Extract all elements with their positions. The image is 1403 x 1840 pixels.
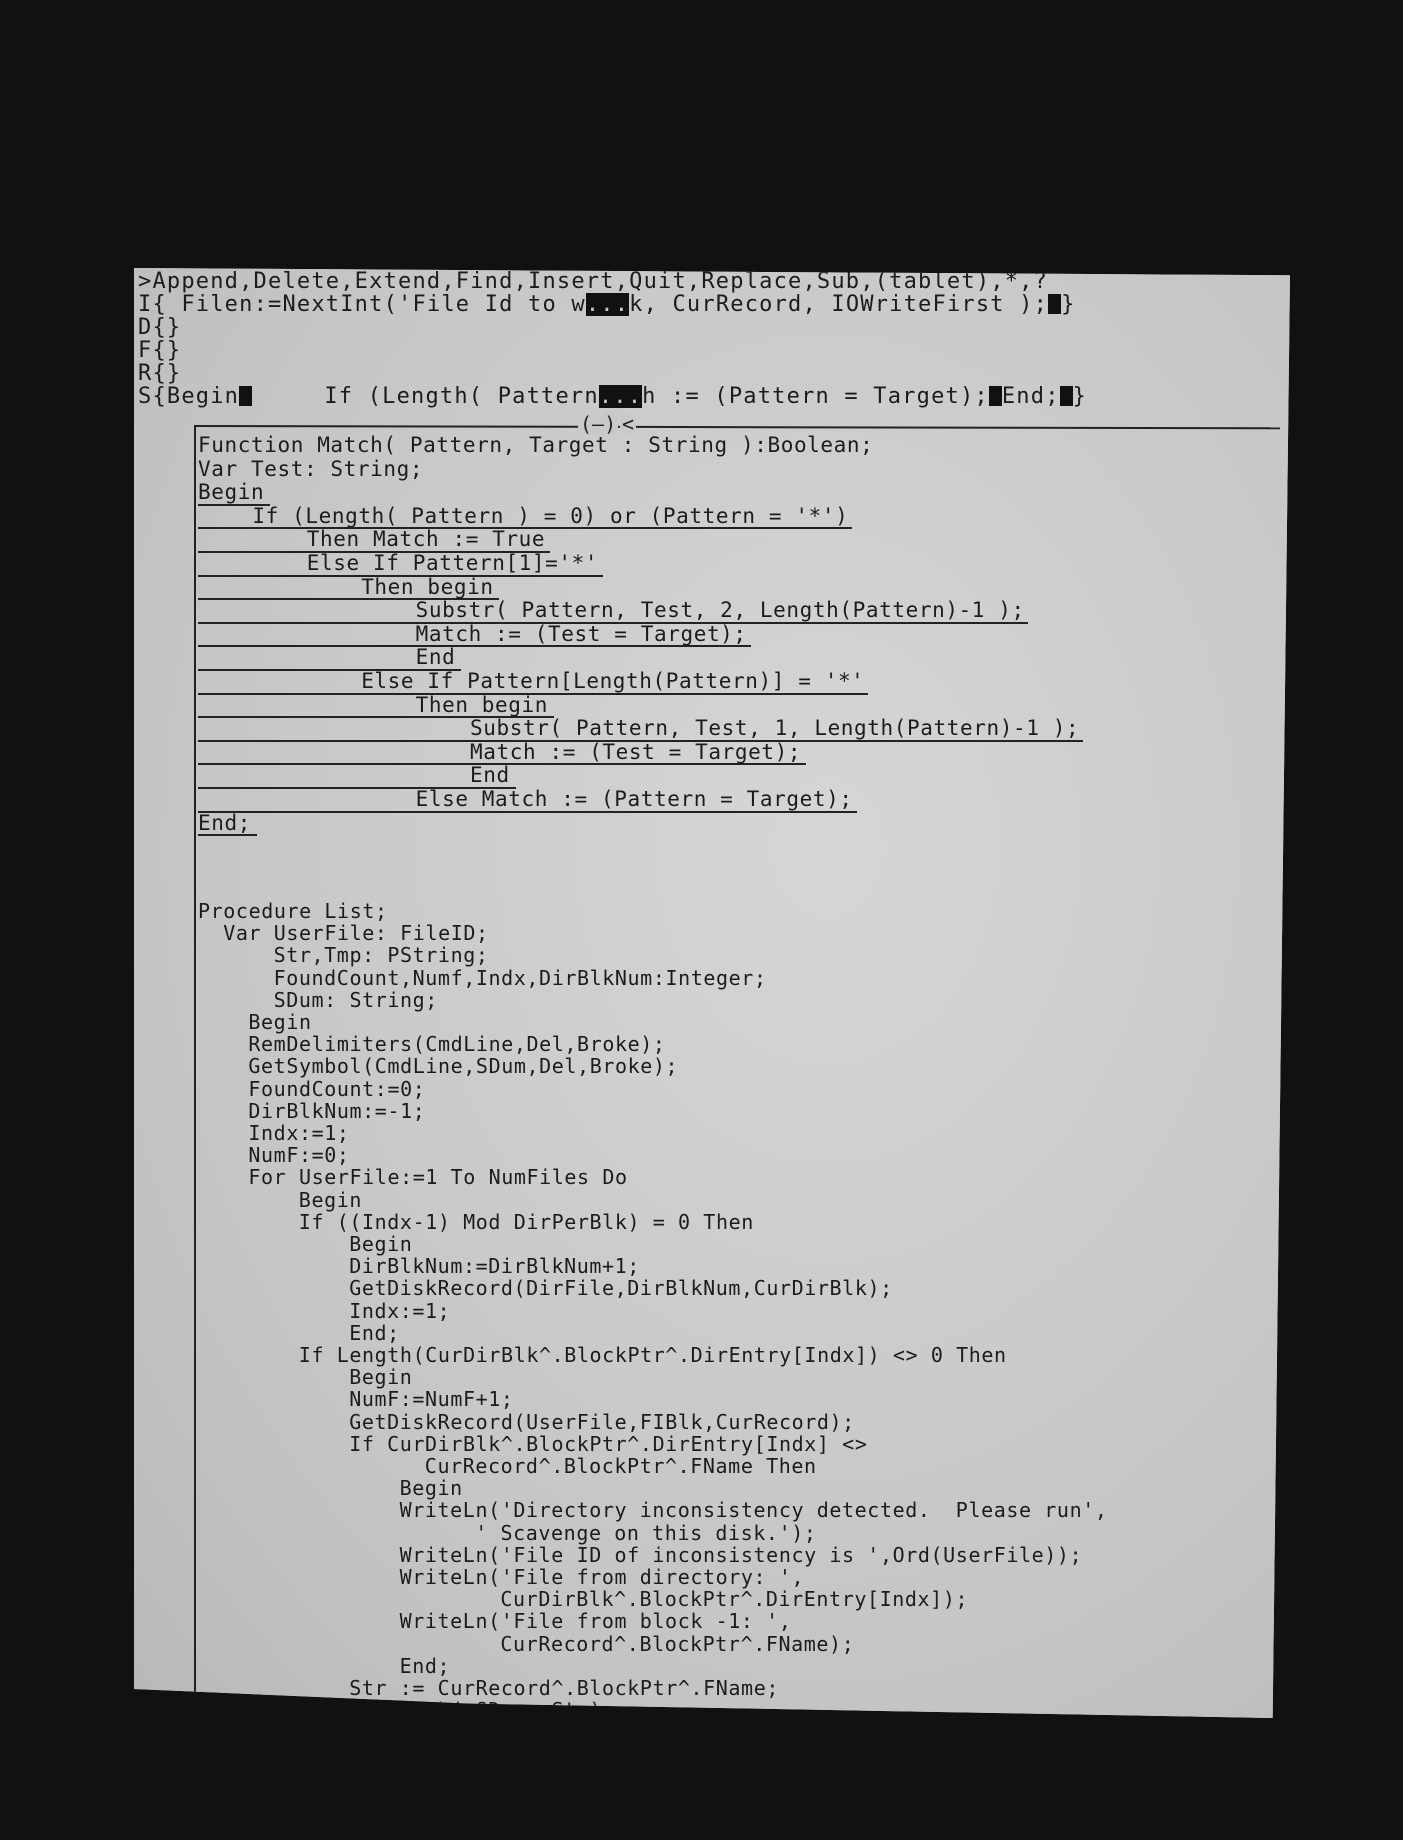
code-line[interactable]: NumF:=0; (248, 1144, 349, 1167)
code-line[interactable]: Begin (400, 1477, 463, 1500)
code-line[interactable]: Indx:=1; (349, 1300, 450, 1323)
code-line[interactable]: If (Length( Pattern ) = 0) or (Pattern =… (252, 505, 848, 528)
select-register-tail: If (Length( Pattern (324, 384, 598, 409)
code-line[interactable]: WriteLn('Directory inconsistency detecte… (400, 1499, 1108, 1522)
code-line[interactable]: If CurDirBlk^.BlockPtr^.DirEntry[Indx] <… (349, 1433, 867, 1456)
code-line[interactable]: End; (400, 1655, 451, 1678)
code-line[interactable]: FoundCount,Numf,Indx,DirBlkNum:Integer; (274, 967, 767, 990)
code-line[interactable]: Indx:=1; (248, 1122, 349, 1145)
insert-register[interactable]: I{ Filen:=NextInt('File Id to w...k, Cur… (138, 293, 1076, 316)
code-line[interactable]: Match := (Test = Target); (470, 741, 801, 764)
block-cursor (989, 386, 1002, 406)
code-line[interactable]: If ((Indx-1) Mod DirPerBlk) = 0 Then (299, 1211, 754, 1234)
text-cursor (1048, 294, 1061, 314)
code-line[interactable]: Str,Tmp: PString; (274, 944, 489, 967)
replace-register[interactable]: R{} (138, 362, 181, 385)
code-line[interactable]: GetDiskRecord(UserFile,FIBlk,CurRecord); (349, 1411, 855, 1434)
code-line[interactable]: GetDiskRecord(DirFile,DirBlkNum,CurDirBl… (349, 1277, 893, 1300)
delete-register[interactable]: D{} (138, 316, 181, 339)
code-line[interactable]: ' Scavenge on this disk.'); (475, 1522, 816, 1545)
code-line[interactable]: CurRecord^.BlockPtr^.FName); (500, 1633, 854, 1656)
code-line[interactable]: WriteLn('File ID of inconsistency is ',O… (400, 1544, 1083, 1567)
code-line[interactable]: Begin (198, 481, 264, 504)
insert-register-text: Filen:=NextInt('File Id to w (181, 292, 585, 317)
select-register[interactable]: S{Begin If (Length( Pattern...h := (Patt… (138, 385, 1087, 408)
code-line[interactable]: DirBlkNum:=-1; (248, 1100, 425, 1123)
code-line[interactable]: GetSymbol(CmdLine,SDum,Del,Broke); (248, 1055, 678, 1078)
code-line[interactable]: Begin (248, 1011, 311, 1034)
terminal-screen: >Append,Delete,Extend,Find,Insert,Quit,R… (134, 268, 1290, 1718)
code-line[interactable]: Procedure List; (198, 900, 388, 923)
code-line[interactable]: Then begin (361, 576, 493, 599)
command-prompt[interactable]: >Append,Delete,Extend,Find,Insert,Quit,R… (138, 270, 1048, 293)
select-register-prefix: S{ (138, 384, 167, 409)
code-line[interactable]: End (470, 764, 510, 787)
code-line[interactable]: Substr( Pattern, Test, 2, Length(Pattern… (416, 599, 1025, 622)
code-line[interactable]: NumF:=NumF+1; (349, 1388, 513, 1411)
code-line[interactable]: Var Test: String; (198, 458, 423, 481)
code-line[interactable]: If Match( SDum, Str) (349, 1699, 602, 1722)
code-line[interactable]: If Length(CurDirBlk^.BlockPtr^.DirEntry[… (299, 1344, 1007, 1367)
window-left-border (194, 425, 196, 1697)
code-line[interactable]: FoundCount:=0; (248, 1078, 425, 1101)
insert-register-suffix: } (1061, 292, 1075, 317)
select-register-end: End; (1002, 384, 1060, 409)
code-line[interactable]: CurRecord^.BlockPtr^.FName Then (425, 1455, 817, 1478)
position-marker[interactable]: < (620, 414, 636, 434)
select-register-selection: ... (599, 385, 642, 408)
insert-register-prefix: I{ (138, 292, 181, 317)
code-line[interactable]: RemDelimiters(CmdLine,Del,Broke); (248, 1033, 665, 1056)
code-line[interactable]: DirBlkNum:=DirBlkNum+1; (349, 1255, 640, 1278)
code-line[interactable]: Then Match := True (307, 528, 545, 551)
code-line[interactable]: Else If Pattern[1]='*' (307, 552, 598, 575)
block-cursor (239, 386, 252, 406)
code-line[interactable]: Str := CurRecord^.BlockPtr^.FName; (349, 1677, 779, 1700)
selection-underline (198, 645, 751, 647)
code-line[interactable]: End (416, 646, 456, 669)
code-line[interactable]: End; (349, 1322, 400, 1345)
code-line[interactable]: For UserFile:=1 To NumFiles Do (248, 1166, 627, 1189)
code-line[interactable]: Begin (349, 1233, 412, 1256)
scroll-marker[interactable]: (—) (578, 414, 618, 434)
code-line[interactable]: Begin (349, 1366, 412, 1389)
block-cursor (1060, 386, 1073, 406)
code-line[interactable]: Substr( Pattern, Test, 1, Length(Pattern… (470, 717, 1079, 740)
selection-underline (198, 811, 857, 813)
code-line[interactable]: Match := (Test = Target); (416, 623, 747, 646)
selection-underline (198, 834, 257, 836)
find-register[interactable]: F{} (138, 339, 181, 362)
code-line[interactable]: End; (198, 812, 251, 835)
code-line[interactable]: Begin (299, 1189, 362, 1212)
code-line[interactable]: Else Match := (Pattern = Target); (416, 788, 853, 811)
select-register-tail-end: h := (Pattern = Target); (642, 384, 989, 409)
code-line[interactable]: Function Match( Pattern, Target : String… (198, 434, 873, 457)
window-top-border (194, 425, 1280, 429)
code-line[interactable]: SDum: String; (274, 989, 438, 1012)
code-line[interactable]: Else If Pattern[Length(Pattern)] = '*' (361, 670, 864, 693)
code-line[interactable]: WriteLn('File from block -1: ', (400, 1610, 792, 1633)
insert-register-text-after: k, CurRecord, IOWriteFirst ); (629, 292, 1048, 317)
code-line[interactable]: CurDirBlk^.BlockPtr^.DirEntry[Indx]); (500, 1588, 968, 1611)
code-line[interactable]: Then begin (416, 694, 548, 717)
select-register-head: Begin (167, 384, 239, 409)
insert-register-selection: ... (586, 293, 629, 316)
select-register-suffix: } (1073, 384, 1087, 409)
code-line[interactable]: WriteLn('File from directory: ', (400, 1566, 805, 1589)
code-line[interactable]: Var UserFile: FileID; (223, 922, 488, 945)
